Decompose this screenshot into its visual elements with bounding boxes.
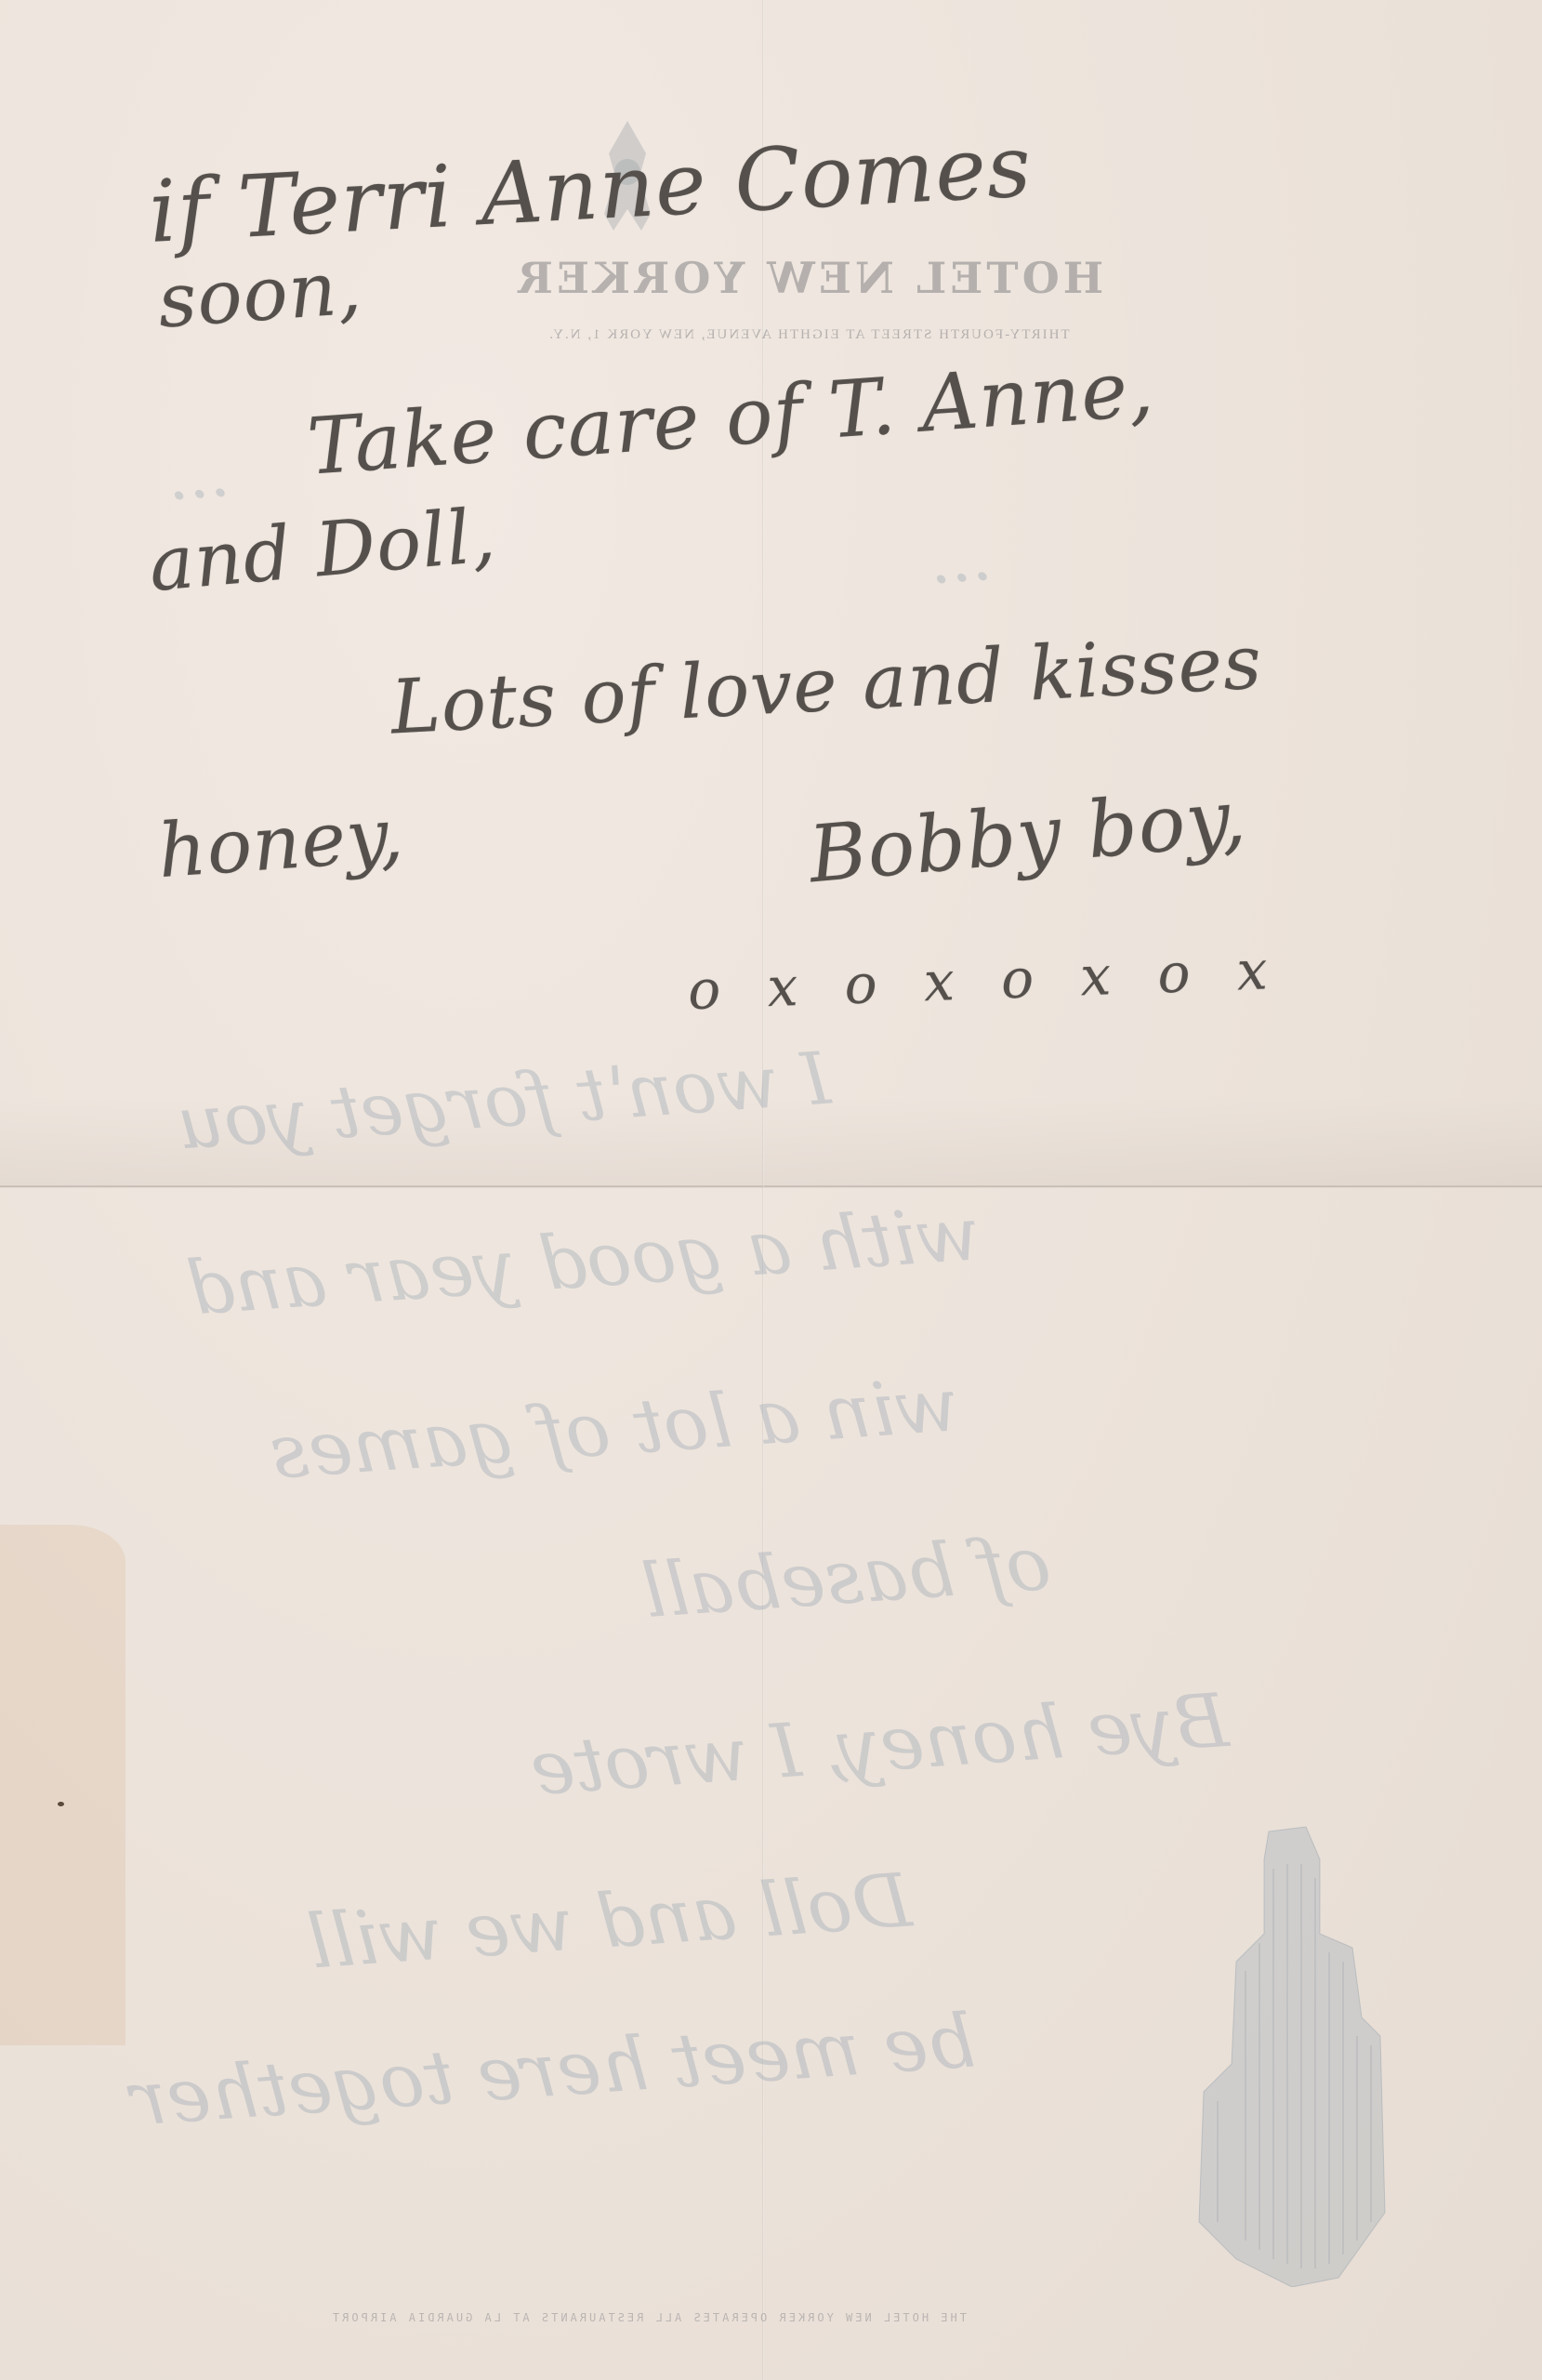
horizontal-fold	[0, 1185, 1542, 1188]
show-through-line: with a good year and	[184, 1190, 982, 1331]
letterhead-address: THIRTY-FOURTH STREET AT EIGHTH AVENUE, N…	[493, 327, 1125, 343]
show-through-line: Doll and we will	[305, 1857, 915, 1985]
letter-sheet: HOTEL NEW YORKER THIRTY-FOURTH STREET AT…	[0, 0, 1542, 2380]
hugs-and-kisses: o x o x o x o x	[687, 938, 1284, 1022]
show-through-line: of baseball	[639, 1520, 1053, 1635]
letter-line-1: if Terri Anne Comes	[147, 116, 1035, 262]
paper-stain	[0, 1525, 125, 2045]
show-through-line: be meet here together	[128, 1997, 978, 2142]
letterhead-footer: THE HOTEL NEW YORKER OPERATES ALL RESTAU…	[37, 2311, 967, 2324]
hotel-building-icon	[1180, 1822, 1404, 2287]
show-through-line: ...	[927, 519, 994, 599]
signature: Bobby boy,	[806, 772, 1250, 901]
letter-line-6: honey,	[155, 791, 406, 894]
letter-line-3: Take care of T. Anne,	[305, 342, 1157, 492]
letter-line-2: soon,	[155, 244, 364, 344]
show-through-line: win a lot of games	[268, 1361, 962, 1496]
show-through-line: Bye honey, I wrote	[528, 1677, 1232, 1812]
ink-speck	[58, 1802, 64, 1806]
letterhead-title: HOTEL NEW YORKER	[502, 253, 1115, 303]
letter-line-5: Lots of love and kisses	[389, 619, 1264, 751]
show-through-line: ...	[165, 435, 231, 515]
